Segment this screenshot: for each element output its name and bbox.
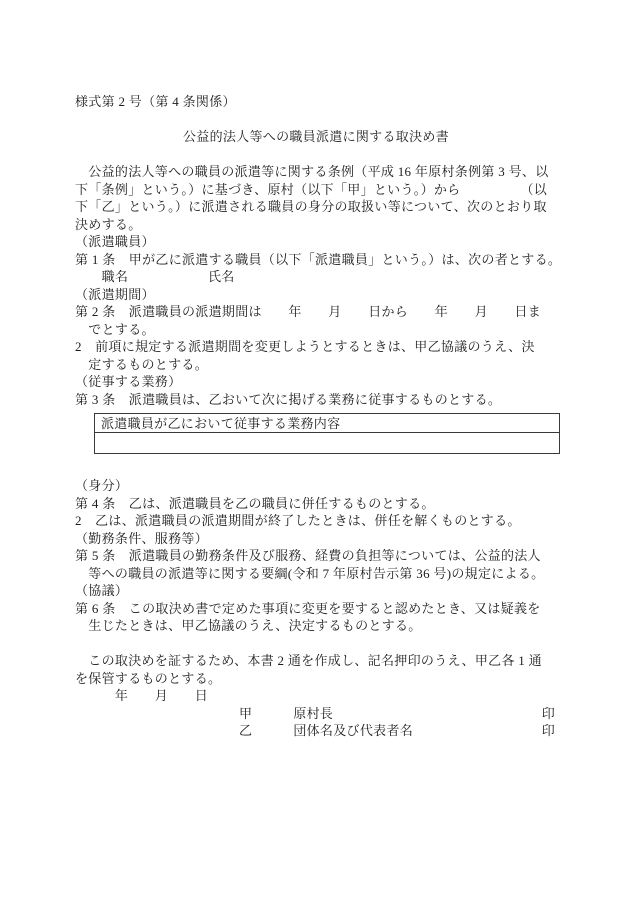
blank-line	[75, 635, 557, 653]
text-line: 第 1 条 甲が乙に派遣する職員（以下「派遣職員」という。）は、次の者とする。	[75, 251, 557, 269]
signature-row-otsu: 乙団体名及び代表者名印	[75, 722, 557, 740]
seal-mark: 印	[542, 722, 555, 740]
text-line: 年 月 日	[75, 687, 557, 705]
text-line: 下「条例」という。）に基づき、原村（以下「甲」という。）から （以	[75, 181, 557, 199]
text-line: 下「乙」という。）に派遣される職員の身分の取扱い等について、次のとおり取	[75, 198, 557, 216]
text-line: この取決めを証するため、本書 2 通を作成し、記名押印のうえ、甲乙各 1 通	[75, 652, 557, 670]
text-line: 第 4 条 乙は、派遣職員を乙の職員に併任するものとする。	[75, 495, 557, 513]
blank-line	[75, 146, 557, 164]
signature-party-label: 乙	[239, 722, 252, 740]
table-header-cell: 派遣職員が乙において従事する業務内容	[95, 414, 559, 433]
blank-line	[75, 111, 557, 129]
text-line: 第 6 条 この取決め書で定めた事項に変更を要すると認めたとき、又は疑義を	[75, 600, 557, 618]
text-line: （協議）	[75, 582, 557, 600]
signature-row-kou: 甲原村長印	[75, 705, 557, 723]
text-line: （従事する業務）	[75, 373, 557, 391]
text-line: （派遣期間）	[75, 286, 557, 304]
signature-party-label: 甲	[239, 705, 252, 723]
document-body: 様式第 2 号（第 4 条関係） 公益的法人等への職員派遣に関する取決め書 公益…	[75, 93, 557, 740]
text-line: でとする。	[75, 321, 557, 339]
document-page: 様式第 2 号（第 4 条関係） 公益的法人等への職員派遣に関する取決め書 公益…	[0, 0, 630, 903]
text-line: 第 2 条 派遣職員の派遣期間は 年 月 日から 年 月 日ま	[75, 303, 557, 321]
text-line: 第 5 条 派遣職員の勤務条件及び服務、経費の負担等については、公益的法人	[75, 547, 557, 565]
table-empty-cell	[95, 433, 559, 453]
text-line: 第 3 条 派遣職員は、乙おいて次に掲げる業務に従事するものとする。	[75, 391, 557, 409]
text-line: 2 前項に規定する派遣期間を変更しようとするときは、甲乙協議のうえ、決	[75, 338, 557, 356]
text-line: 2 乙は、派遣職員の派遣期間が終了したときは、併任を解くものとする。	[75, 512, 557, 530]
text-line: （派遣職員）	[75, 233, 557, 251]
signature-name-label: 原村長	[293, 705, 333, 723]
signature-name-label: 団体名及び代表者名	[293, 722, 413, 740]
text-line: 決めする。	[75, 216, 557, 234]
text-line: 公益的法人等への職員の派遣等に関する条例（平成 16 年原村条例第 3 号、以	[75, 163, 557, 181]
business-content-table: 派遣職員が乙において従事する業務内容	[94, 413, 560, 454]
text-line: 等への職員の派遣等に関する要綱(令和 7 年原村告示第 36 号)の規定による。	[75, 565, 557, 583]
text-line: を保管するものとする。	[75, 670, 557, 688]
text-line: 定するものとする。	[75, 356, 557, 374]
text-line: （勤務条件、服務等）	[75, 530, 557, 548]
text-line: 職名 氏名	[75, 268, 557, 286]
seal-mark: 印	[542, 705, 555, 723]
document-title: 公益的法人等への職員派遣に関する取決め書	[75, 128, 557, 146]
text-line: 生じたときは、甲乙協議のうえ、決定するものとする。	[75, 617, 557, 635]
text-line: 様式第 2 号（第 4 条関係）	[75, 93, 557, 111]
text-line: （身分）	[75, 477, 557, 495]
